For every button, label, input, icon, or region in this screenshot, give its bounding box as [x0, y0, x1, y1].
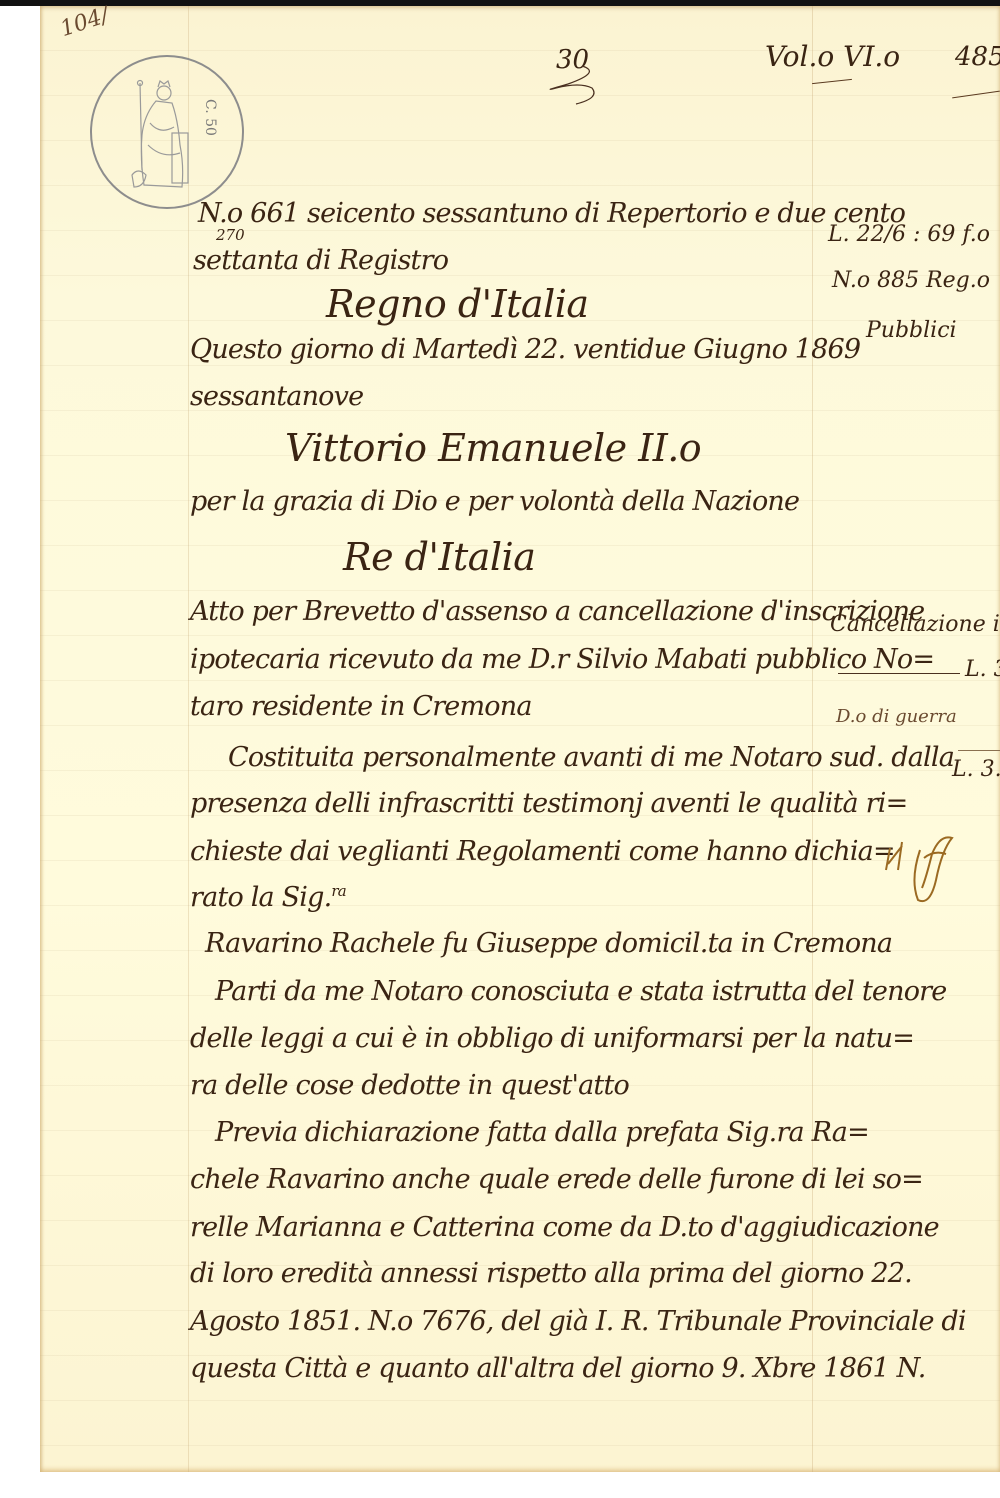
laws-line: delle leggi a cui è in obbligo di unifor…: [190, 1023, 914, 1054]
deed-title-line: Atto per Brevetto d'assenso a cancellazi…: [190, 596, 924, 627]
year-words-line: sessantanove: [190, 381, 363, 412]
matters-line: ra delle cose dedotte in quest'atto: [190, 1070, 629, 1101]
registro-line: settanta di Registro: [193, 245, 448, 276]
margin-cancellation-amount: L. 3: [965, 657, 1000, 682]
party-name-line: Ravarino Rachele fu Giuseppe domicil.ta …: [205, 928, 892, 959]
tribunal-line: Agosto 1851. N.o 7676, del già I. R. Tri…: [190, 1306, 966, 1337]
repertorio-line: N.o 661 seicento sessantuno di Repertori…: [198, 198, 905, 229]
notary-line: ipotecaria ricevuto da me D.r Silvio Mab…: [190, 644, 934, 675]
date-line: Questo giorno di Martedì 22. ventidue Gi…: [190, 334, 860, 365]
revenue-stamp: C. 50: [90, 55, 244, 209]
sisters-line: relle Marianna e Catterina come da D.to …: [190, 1212, 939, 1243]
grace-of-god-line: per la grazia di Dio e per volontà della…: [190, 486, 799, 517]
left-margin-fold: [188, 6, 189, 1472]
margin-ditto-amount: L. 3.: [952, 757, 1000, 782]
stamp-value: C. 50: [202, 99, 218, 136]
inheritance-line: di loro eredità annessi rispetto alla pr…: [190, 1258, 912, 1289]
heir-line: chele Ravarino anche quale erede delle f…: [190, 1164, 923, 1195]
heading-re-ditalia: Re d'Italia: [343, 535, 535, 579]
initials-signature-icon: [880, 820, 970, 910]
declared-line: rato la Sig.ra: [190, 882, 346, 913]
constituted-line: Costituita personalmente avanti di me No…: [228, 742, 954, 773]
registro-number: 270: [216, 226, 245, 244]
heading-king-name: Vittorio Emanuele II.o: [285, 426, 701, 470]
margin-ditto-rule: [958, 750, 1000, 751]
city-line: questa Città e quanto all'altra del gior…: [190, 1353, 926, 1384]
regulations-line: chieste dai veglianti Regolamenti come h…: [190, 836, 895, 867]
margin-pubblici: Pubblici: [866, 318, 957, 343]
residence-line: taro residente in Cremona: [190, 691, 532, 722]
parties-known-line: Parti da me Notaro conosciuta e stata is…: [215, 976, 946, 1007]
italia-allegory-icon: [130, 75, 192, 197]
margin-cancellation: Cancellazione ipotec.: [830, 612, 1000, 637]
margin-register-line: N.o 885 Reg.o: [832, 268, 990, 293]
page-number-flourish-icon: [540, 58, 600, 108]
witnesses-line: presenza delli infrascritti testimonj av…: [190, 788, 907, 819]
volume-number: Vol.o VI.o: [765, 40, 900, 73]
heading-regno-ditalia: Regno d'Italia: [326, 282, 589, 326]
declaration-line: Previa dichiarazione fatta dalla prefata…: [215, 1117, 869, 1148]
register-corner-number: 485: [955, 42, 1000, 72]
margin-ditto-line: D.o di guerra: [836, 706, 957, 727]
margin-cancellation-rule: [838, 673, 960, 674]
margin-fee-line: L. 22/6 : 69 f.o: [828, 222, 990, 247]
